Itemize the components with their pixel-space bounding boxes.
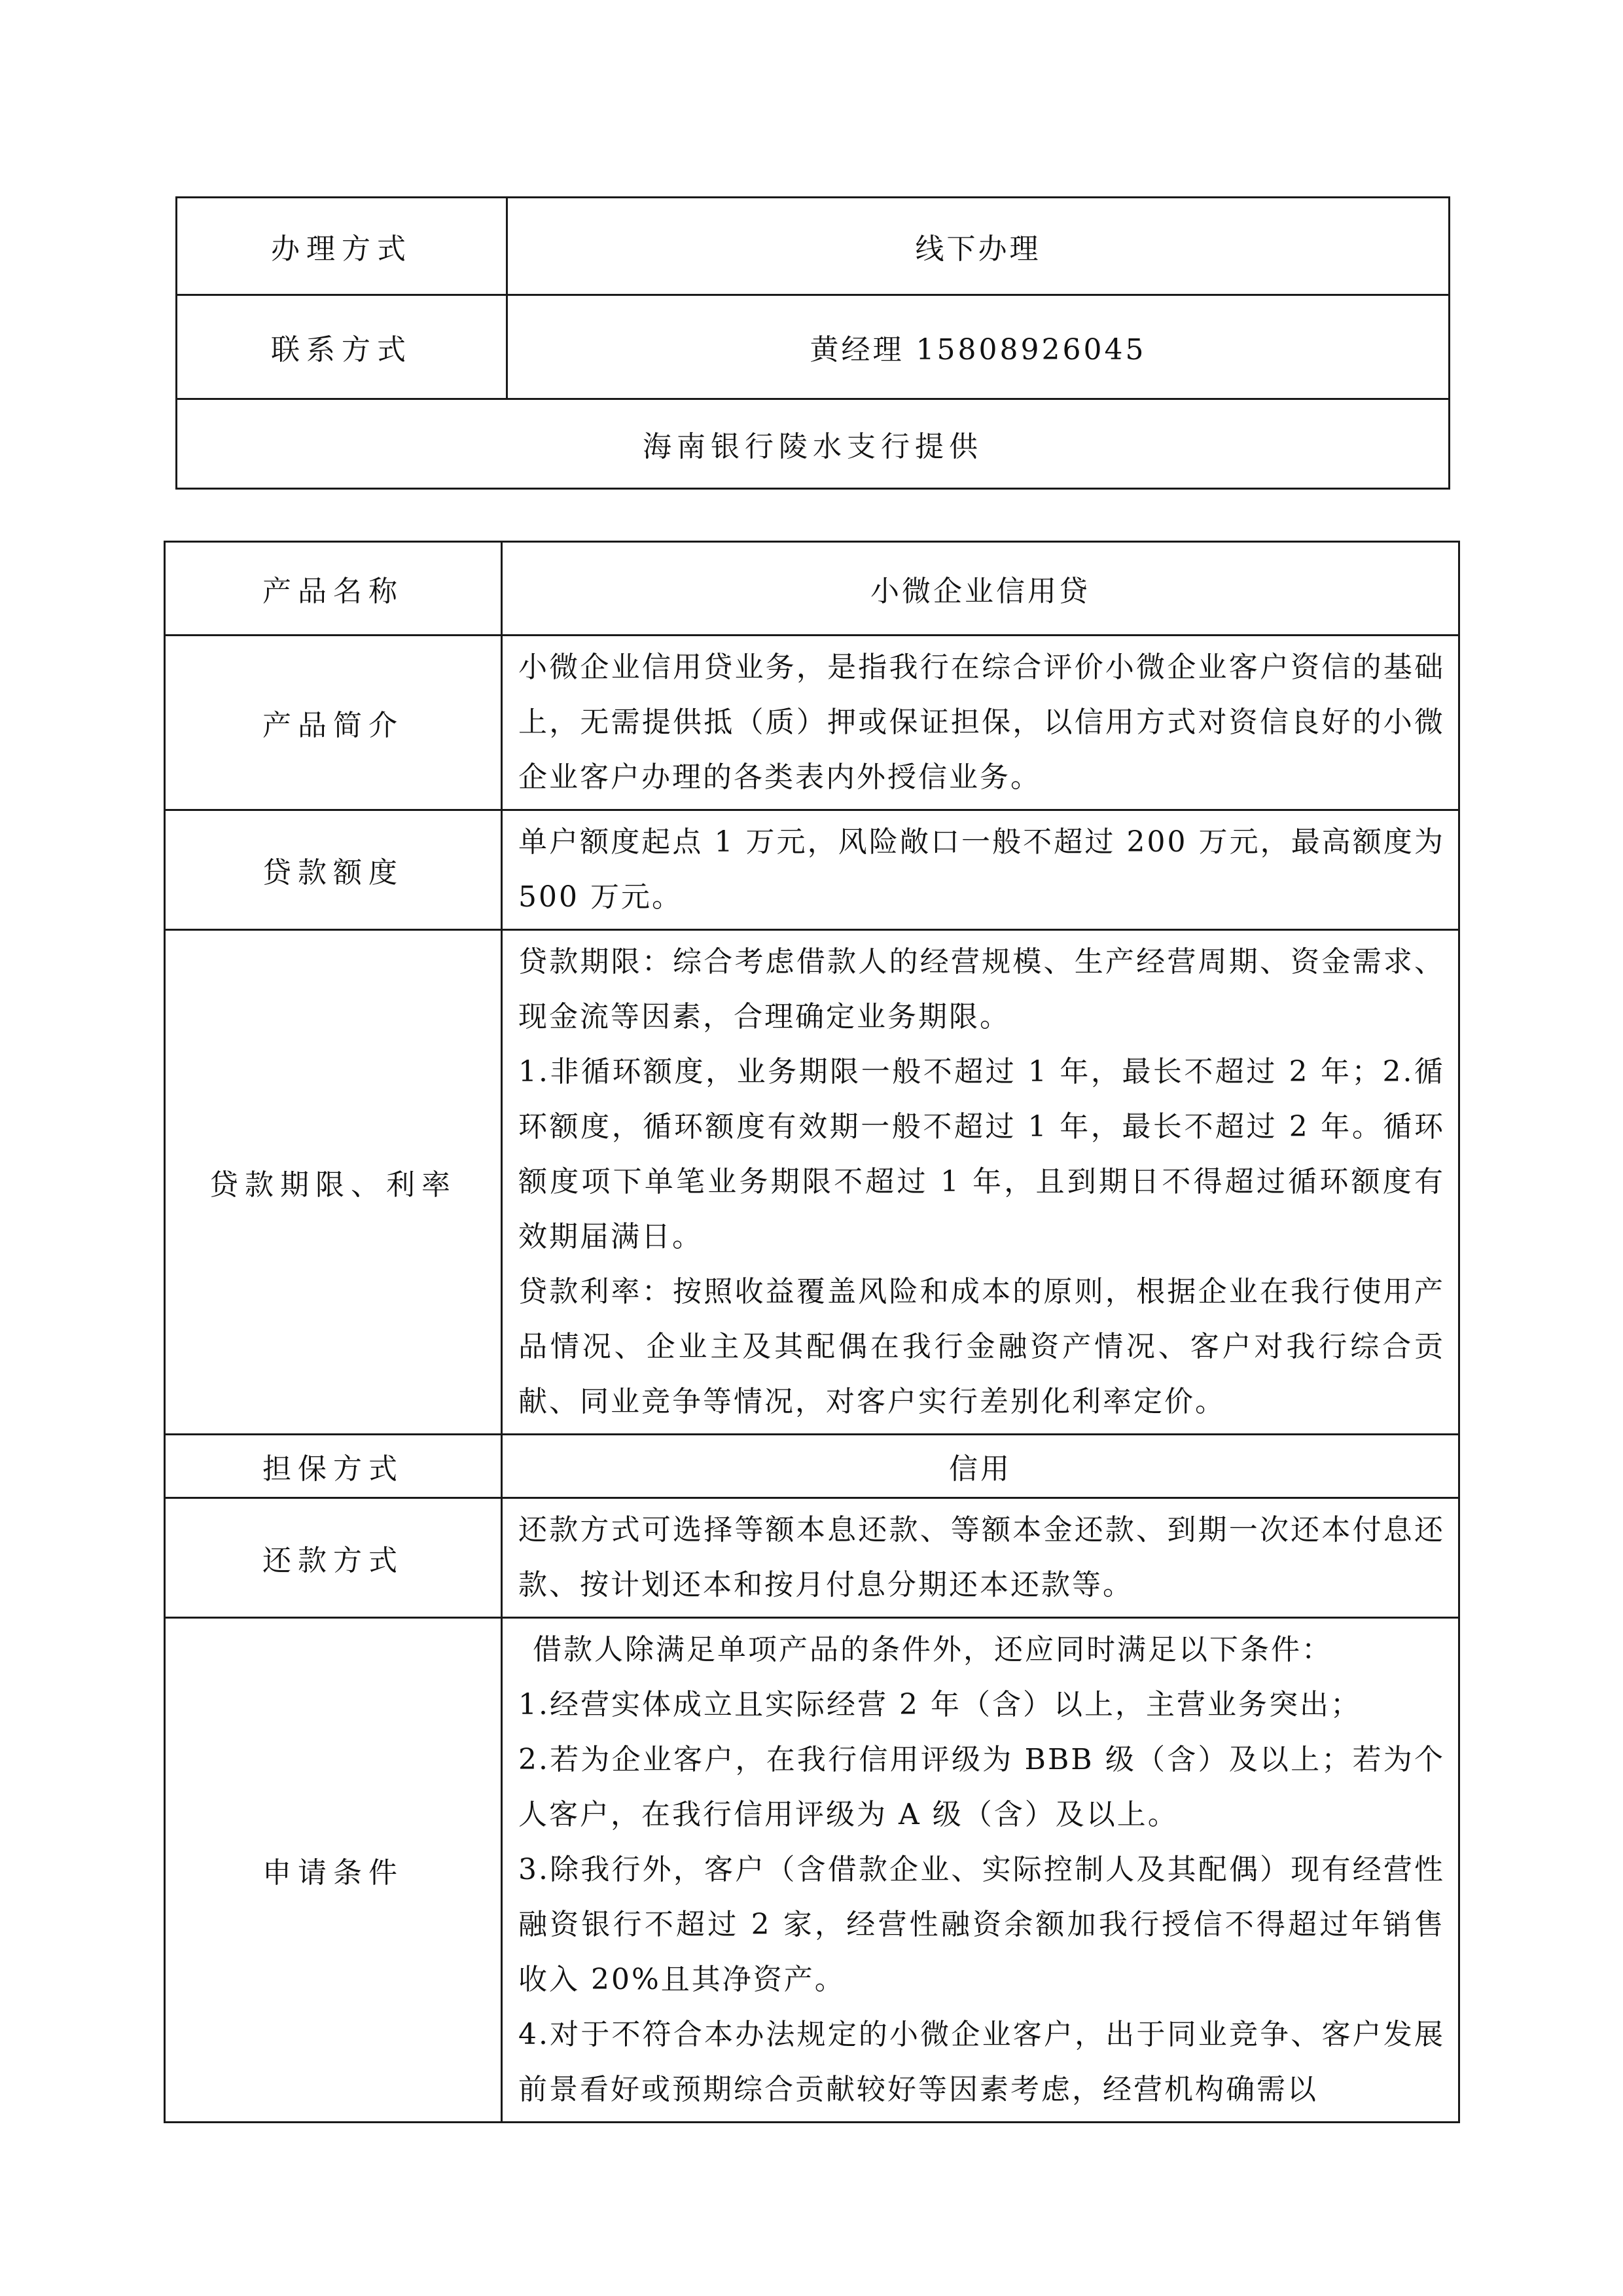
provider-note: 海南银行陵水支行提供 (177, 399, 1450, 489)
conditions-label: 申请条件 (165, 1618, 502, 2123)
loan-amount-label: 贷款额度 (165, 810, 502, 930)
product-table: 产品名称 小微企业信用贷 产品简介 小微企业信用贷业务，是指我行在综合评价小微企… (164, 541, 1460, 2123)
contact-table: 办理方式 线下办理 联系方式 黄经理 15808926045 海南银行陵水支行提… (175, 196, 1450, 490)
loan-amount-value: 单户额度起点 1 万元，风险敞口一般不超过 200 万元，最高额度为 500 万… (502, 810, 1459, 930)
contact-value: 黄经理 15808926045 (507, 295, 1450, 399)
term-rate-value: 贷款期限：综合考虑借款人的经营规模、生产经营周期、资金需求、现金流等因素，合理确… (502, 930, 1459, 1435)
table-row-guarantee: 担保方式 信用 (165, 1435, 1459, 1498)
product-name-value: 小微企业信用贷 (502, 542, 1459, 636)
term-detail-paragraph: 1.非循环额度，业务期限一般不超过 1 年，最长不超过 2 年；2.循环额度，循… (518, 1045, 1445, 1265)
guarantee-label: 担保方式 (165, 1435, 502, 1498)
table-row-conditions: 申请条件 借款人除满足单项产品的条件外，还应同时满足以下条件： 1.经营实体成立… (165, 1618, 1459, 2123)
repayment-label: 还款方式 (165, 1498, 502, 1618)
term-paragraph: 贷款期限：综合考虑借款人的经营规模、生产经营周期、资金需求、现金流等因素，合理确… (518, 935, 1445, 1045)
handling-method-value: 线下办理 (507, 198, 1450, 295)
condition-item-3: 3.除我行外，客户（含借款企业、实际控制人及其配偶）现有经营性融资银行不超过 2… (518, 1842, 1445, 2007)
table-row-contact: 联系方式 黄经理 15808926045 (177, 295, 1450, 399)
product-intro-label: 产品简介 (165, 636, 502, 810)
conditions-value: 借款人除满足单项产品的条件外，还应同时满足以下条件： 1.经营实体成立且实际经营… (502, 1618, 1459, 2123)
table-row-handling-method: 办理方式 线下办理 (177, 198, 1450, 295)
term-rate-label: 贷款期限、利率 (165, 930, 502, 1435)
rate-paragraph: 贷款利率：按照收益覆盖风险和成本的原则，根据企业在我行使用产品情况、企业主及其配… (518, 1265, 1445, 1429)
table-row-product-intro: 产品简介 小微企业信用贷业务，是指我行在综合评价小微企业客户资信的基础上，无需提… (165, 636, 1459, 810)
table-row-provider: 海南银行陵水支行提供 (177, 399, 1450, 489)
condition-item-1: 1.经营实体成立且实际经营 2 年（含）以上，主营业务突出； (518, 1677, 1445, 1732)
product-intro-value: 小微企业信用贷业务，是指我行在综合评价小微企业客户资信的基础上，无需提供抵（质）… (502, 636, 1459, 810)
guarantee-value: 信用 (502, 1435, 1459, 1498)
conditions-intro: 借款人除满足单项产品的条件外，还应同时满足以下条件： (518, 1623, 1445, 1677)
product-name-label: 产品名称 (165, 542, 502, 636)
table-row-loan-amount: 贷款额度 单户额度起点 1 万元，风险敞口一般不超过 200 万元，最高额度为 … (165, 810, 1459, 930)
condition-item-2: 2.若为企业客户，在我行信用评级为 BBB 级（含）及以上；若为个人客户，在我行… (518, 1732, 1445, 1842)
condition-item-4: 4.对于不符合本办法规定的小微企业客户，出于同业竞争、客户发展前景看好或预期综合… (518, 2007, 1445, 2117)
table-row-product-name: 产品名称 小微企业信用贷 (165, 542, 1459, 636)
table-row-repayment: 还款方式 还款方式可选择等额本息还款、等额本金还款、到期一次还本付息还款、按计划… (165, 1498, 1459, 1618)
contact-label: 联系方式 (177, 295, 507, 399)
table-row-term-rate: 贷款期限、利率 贷款期限：综合考虑借款人的经营规模、生产经营周期、资金需求、现金… (165, 930, 1459, 1435)
repayment-value: 还款方式可选择等额本息还款、等额本金还款、到期一次还本付息还款、按计划还本和按月… (502, 1498, 1459, 1618)
handling-method-label: 办理方式 (177, 198, 507, 295)
